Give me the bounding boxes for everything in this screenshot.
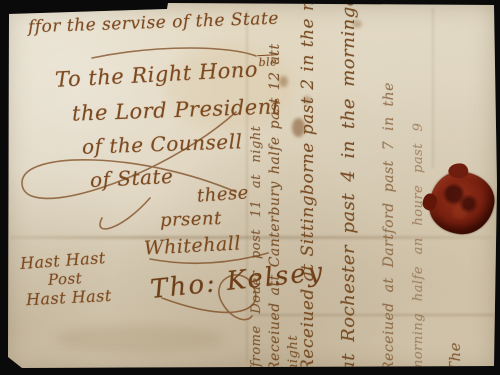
letter-photograph: ffor the servise of the State To the Rig… [0,0,500,375]
vertical-fold-crease-2 [432,8,434,168]
wax-seal-blob [448,162,470,180]
docket-line-morning: morning halfe an houre past 9 [412,14,425,372]
letter-paper: ffor the servise of the State To the Rig… [0,0,500,375]
address-line-of-state: of State [90,166,174,190]
docket-line-corner-note: The [448,252,463,372]
docket-line-dover: ffrome Douer post 11 at night [250,14,263,372]
docket-line-rochester: at Rochester past 4 in the morninge [340,14,358,372]
docket-line-sittingborne: Receiued at Sittingborne past 2 in the m… [300,12,317,372]
address-line-whitehall: Whitehall [144,234,242,258]
address-line-these: these [196,184,249,206]
wax-seal-icon [426,168,498,238]
wax-seal-blob [422,193,438,212]
wax-seal-marbling [438,179,485,222]
haste-note-line-1: Hast Hast [20,250,107,272]
address-line-present: prsent [160,210,222,230]
address-line-service-of-state: ffor the servise of the State [28,11,279,37]
haste-note-line-2: Post [48,271,83,288]
haste-note-line-3: Hast Hast [26,288,113,308]
paper-discoloration [55,325,225,353]
docket-line-canterbury: Receiued att Canterbury halfe past 12 at… [268,14,282,372]
address-line-counsell: of the Counsell [82,131,243,157]
docket-line-dartford: Receiued at Dartford past 7 in the [382,14,396,372]
